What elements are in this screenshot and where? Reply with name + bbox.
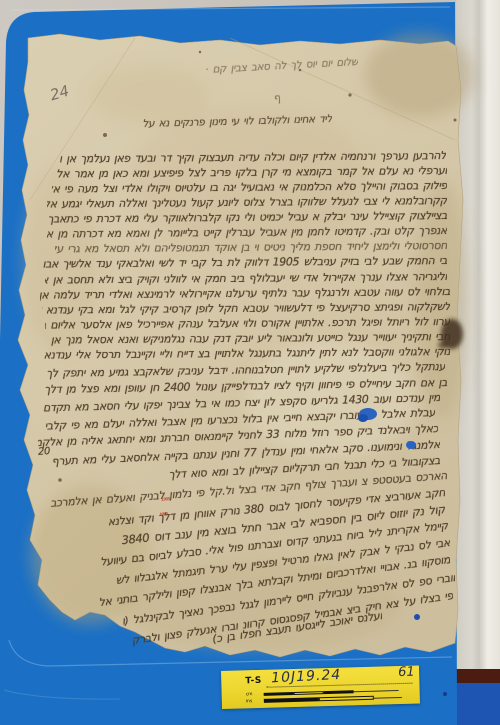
manuscript-line: ף [257, 92, 281, 108]
manuscript-line: ליד אחינו ולקולבו לוי עי מינון פרנקים נא… [60, 114, 332, 133]
manuscript-line: וערפלי נא עלם אל קמר בקומצא מי קרן בלקו … [57, 165, 447, 181]
manuscript-line: בולחוי לס עווה עטבא ולרנגלף עבר נלתיף ער… [40, 286, 450, 302]
manuscript-line: נוקי אלגולני ווקסבל לנא לתין ליתנגל בתענ… [35, 346, 450, 362]
manuscript-line: בי החמק שבע לבי בזיק עניבלש 1905 דלווק ל… [42, 255, 447, 271]
cm-scale-bar [354, 690, 399, 692]
ins-scale-bar [319, 696, 374, 702]
collection-prefix: T-S [245, 676, 262, 686]
manuscript-line: קקרובלמנא לי צבי לנעלל שלווקו בצרל צלוס … [47, 195, 447, 211]
label-extra-number: 61 [398, 665, 415, 680]
manuscript-line: פילוק בסבוק והיילך סלא הכלמנוק אי נאבועי… [52, 180, 447, 196]
cm-scale-bar [264, 692, 294, 696]
manuscript-line: חסרסוטלי ולימצן ליחיד חספת מליך ניטיס וי… [55, 240, 447, 256]
classmark-handwritten: 10J19.24 [271, 667, 342, 686]
manuscript-line: שלום יום יוס לך לה סאב צבין קם · [100, 57, 358, 82]
manuscript-line: חבי ותקיניך יעווייר ענגל כוייטע ולונבאור… [40, 331, 450, 347]
cm-scale-bar [324, 690, 354, 694]
cm-scale-bar [294, 691, 324, 695]
cm-scale-label: cm [246, 693, 253, 698]
classmark-label: T-S 10J19.24 61 cm ins [221, 665, 420, 709]
ins-scale-bar [374, 697, 402, 699]
ins-scale-bar [264, 697, 319, 703]
manuscript-line: להרבען נערפך ורנחמיה אלדין קיום וכלה עדי… [60, 150, 446, 166]
red-annotation: 1905 [148, 497, 170, 503]
ins-scale-label: ins [246, 700, 253, 705]
genizah-photograph: שלום יום יוס לך לה סאב צבין קם ·ףליד אחי… [0, 0, 500, 725]
manuscript-text-layer: שלום יום יוס לך לה סאב צבין קם ·ףליד אחי… [0, 0, 500, 725]
manuscript-line: לשקלקוה ופגיתצ סרקיעצל פי דלעשוויר עטבא … [42, 301, 450, 317]
manuscript-line: 20 [28, 446, 51, 459]
manuscript-line: אנפרך קלט ובק. קדמיטו לחמן מין אעביל עבר… [47, 225, 447, 241]
manuscript-line: בציילצוק קוציילל עינר יבלק א עביל יכמיט … [49, 210, 447, 226]
manuscript-line: ערוו לול ריותל ופיגל תרכפ. אלתויין אקורס… [45, 316, 450, 332]
manuscript-line: וליגריהר אצלו ענרך אקיירול אדי שי יעבלול… [45, 271, 447, 287]
